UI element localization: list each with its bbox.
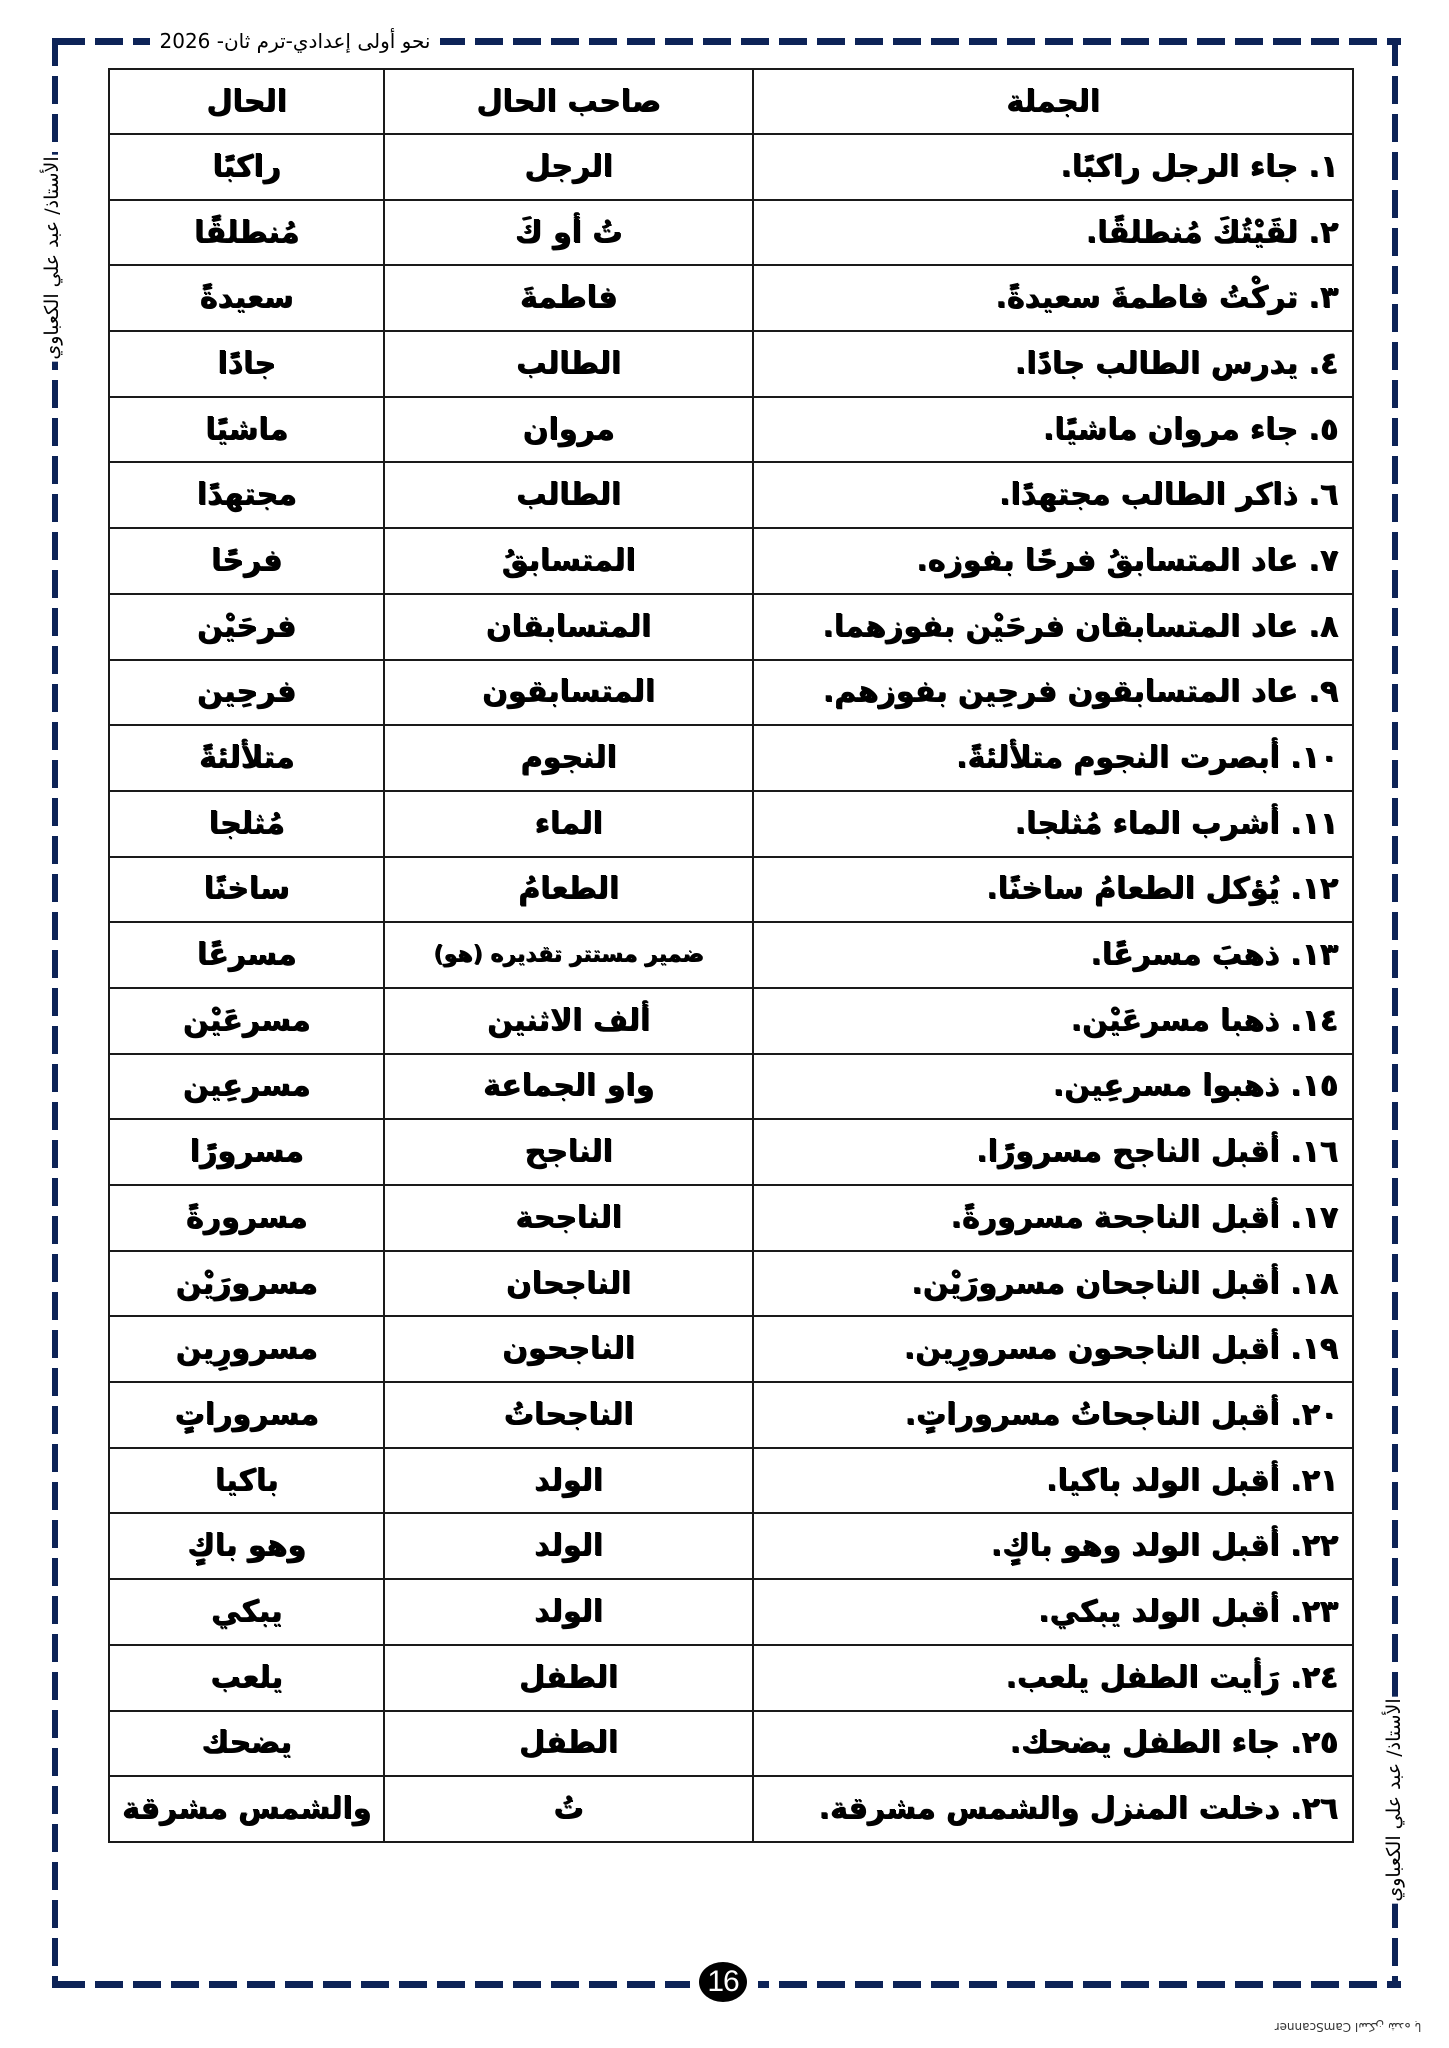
sentence-cell: ٢٥. جاء الطفل يضحك.	[753, 1711, 1353, 1777]
owner-cell: المتسابقُ	[384, 528, 753, 594]
sentence-cell: ٨. عاد المتسابقان فرحَيْن بفوزهما.	[753, 594, 1353, 660]
hal-cell: فرحَيْن	[109, 594, 384, 660]
table-row: ١٩. أقبل الناجحون مسرورِين.الناجحونمسرور…	[109, 1316, 1353, 1382]
sentence-cell: ٣. تركْتُ فاطمةَ سعيدةً.	[753, 265, 1353, 331]
owner-cell: الطفل	[384, 1711, 753, 1777]
owner-cell: الرجل	[384, 134, 753, 200]
hal-cell: متلألئةً	[109, 725, 384, 791]
owner-cell: الولد	[384, 1579, 753, 1645]
table-row: ٢٢. أقبل الولد وهو باكٍ.الولدوهو باكٍ	[109, 1513, 1353, 1579]
column-header-hal: الحال	[109, 69, 384, 134]
author-signature-right: الأستاذ/ عبد علي الكعباوي	[1379, 1696, 1409, 1903]
sentence-cell: ١٦. أقبل الناجح مسرورًا.	[753, 1119, 1353, 1185]
author-signature-left: الأستاذ/ عبد علي الكعباوي	[37, 154, 67, 361]
hal-cell: ساخنًا	[109, 857, 384, 923]
hal-cell: سعيدةً	[109, 265, 384, 331]
table-row: ٢٥. جاء الطفل يضحك.الطفليضحك	[109, 1711, 1353, 1777]
sentence-cell: ١٨. أقبل الناجحان مسرورَيْن.	[753, 1251, 1353, 1317]
table-row: ١٠. أبصرت النجوم متلألئةً.النجوممتلألئةً	[109, 725, 1353, 791]
hal-cell: ماشيًا	[109, 397, 384, 463]
owner-cell: المتسابقان	[384, 594, 753, 660]
owner-cell: ضمير مستتر تقديره (هو)	[384, 922, 753, 988]
sentence-cell: ١٥. ذهبوا مسرعِين.	[753, 1054, 1353, 1120]
table-row: ١٢. يُؤكل الطعامُ ساخنًا.الطعامُساخنًا	[109, 857, 1353, 923]
hal-cell: يلعب	[109, 1645, 384, 1711]
sentence-cell: ٤. يدرس الطالب جادًا.	[753, 331, 1353, 397]
hal-cell: مسرورَيْن	[109, 1251, 384, 1317]
table-row: ١٣. ذهبَ مسرعًا.ضمير مستتر تقديره (هو)مس…	[109, 922, 1353, 988]
hal-cell: جادًا	[109, 331, 384, 397]
hal-cell: مجتهدًا	[109, 462, 384, 528]
sentence-cell: ٥. جاء مروان ماشيًا.	[753, 397, 1353, 463]
hal-cell: مُثلجا	[109, 791, 384, 857]
owner-cell: الناجح	[384, 1119, 753, 1185]
owner-cell: فاطمةَ	[384, 265, 753, 331]
table-row: ٢. لقَيْتُكَ مُنطلقًا.تُ أو كَمُنطلقًا	[109, 200, 1353, 266]
hal-cell: باكيا	[109, 1448, 384, 1514]
owner-cell: تُ	[384, 1776, 753, 1842]
sentence-cell: ١٤. ذهبا مسرعَيْن.	[753, 988, 1353, 1054]
hal-cell: مسروراتٍ	[109, 1382, 384, 1448]
column-header-sentence: الجملة	[753, 69, 1353, 134]
table-row: ٢٣. أقبل الولد يبكي.الولديبكي	[109, 1579, 1353, 1645]
sentence-cell: ٢٠. أقبل الناجحاتُ مسروراتٍ.	[753, 1382, 1353, 1448]
hal-cell: والشمس مشرقة	[109, 1776, 384, 1842]
hal-cell: مسرورِين	[109, 1316, 384, 1382]
table-row: ٢١. أقبل الولد باكيا.الولدباكيا	[109, 1448, 1353, 1514]
sentence-cell: ١٧. أقبل الناجحة مسرورةً.	[753, 1185, 1353, 1251]
hal-cell: مسرورًا	[109, 1119, 384, 1185]
header-title: نحو أولى إعدادي-ترم ثان- 2026	[150, 26, 440, 56]
table-row: ٩. عاد المتسابقون فرحِين بفوزهم.المتسابق…	[109, 660, 1353, 726]
owner-cell: ألف الاثنين	[384, 988, 753, 1054]
hal-cell: فرحِين	[109, 660, 384, 726]
column-header-owner: صاحب الحال	[384, 69, 753, 134]
page-number-badge: 16	[699, 1962, 747, 2002]
table-header-row: الجملة صاحب الحال الحال	[109, 69, 1353, 134]
owner-cell: تُ أو كَ	[384, 200, 753, 266]
hal-cell: وهو باكٍ	[109, 1513, 384, 1579]
table-row: ٨. عاد المتسابقان فرحَيْن بفوزهما.المتسا…	[109, 594, 1353, 660]
owner-cell: النجوم	[384, 725, 753, 791]
owner-cell: المتسابقون	[384, 660, 753, 726]
hal-cell: يبكي	[109, 1579, 384, 1645]
owner-cell: الناجحة	[384, 1185, 753, 1251]
sentence-cell: ١٩. أقبل الناجحون مسرورِين.	[753, 1316, 1353, 1382]
hal-cell: مسرعَيْن	[109, 988, 384, 1054]
hal-cell: راكبًا	[109, 134, 384, 200]
sentence-cell: ١١. أشرب الماء مُثلجا.	[753, 791, 1353, 857]
sentence-cell: ٢١. أقبل الولد باكيا.	[753, 1448, 1353, 1514]
owner-cell: الناجحون	[384, 1316, 753, 1382]
sentence-cell: ١. جاء الرجل راكبًا.	[753, 134, 1353, 200]
sentence-cell: ١٠. أبصرت النجوم متلألئةً.	[753, 725, 1353, 791]
sentence-cell: ٢٤. رَأيت الطفل يلعب.	[753, 1645, 1353, 1711]
sentence-cell: ٢. لقَيْتُكَ مُنطلقًا.	[753, 200, 1353, 266]
table-row: ١٨. أقبل الناجحان مسرورَيْن.الناجحانمسرو…	[109, 1251, 1353, 1317]
sentence-cell: ١٢. يُؤكل الطعامُ ساخنًا.	[753, 857, 1353, 923]
owner-cell: الناجحاتُ	[384, 1382, 753, 1448]
owner-cell: الطالب	[384, 462, 753, 528]
hal-cell: فرحًا	[109, 528, 384, 594]
hal-cell: مسرورةً	[109, 1185, 384, 1251]
sentence-cell: ٢٣. أقبل الولد يبكي.	[753, 1579, 1353, 1645]
table-row: ١٦. أقبل الناجح مسرورًا.الناجحمسرورًا	[109, 1119, 1353, 1185]
table-row: ٥. جاء مروان ماشيًا.مروانماشيًا	[109, 397, 1353, 463]
owner-cell: الولد	[384, 1448, 753, 1514]
sentence-cell: ١٣. ذهبَ مسرعًا.	[753, 922, 1353, 988]
table-row: ٢٠. أقبل الناجحاتُ مسروراتٍ.الناجحاتُمسر…	[109, 1382, 1353, 1448]
hal-cell: مسرعِين	[109, 1054, 384, 1120]
owner-cell: الولد	[384, 1513, 753, 1579]
table-row: ١٤. ذهبا مسرعَيْن.ألف الاثنينمسرعَيْن	[109, 988, 1353, 1054]
table-row: ٤. يدرس الطالب جادًا.الطالبجادًا	[109, 331, 1353, 397]
table-row: ٦. ذاكر الطالب مجتهدًا.الطالبمجتهدًا	[109, 462, 1353, 528]
owner-cell: الناجحان	[384, 1251, 753, 1317]
table-row: ١١. أشرب الماء مُثلجا.الماءمُثلجا	[109, 791, 1353, 857]
owner-cell: الطعامُ	[384, 857, 753, 923]
owner-cell: الماء	[384, 791, 753, 857]
table-row: ١٧. أقبل الناجحة مسرورةً.الناجحةمسرورةً	[109, 1185, 1353, 1251]
hal-table: الجملة صاحب الحال الحال ١. جاء الرجل راك…	[108, 68, 1354, 1843]
owner-cell: الطالب	[384, 331, 753, 397]
table-row: ٧. عاد المتسابقُ فرحًا بفوزه.المتسابقُفر…	[109, 528, 1353, 594]
sentence-cell: ٢٦. دخلت المنزل والشمس مشرقة.	[753, 1776, 1353, 1842]
hal-cell: يضحك	[109, 1711, 384, 1777]
table-row: ٢٤. رَأيت الطفل يلعب.الطفليلعب	[109, 1645, 1353, 1711]
sentence-cell: ٢٢. أقبل الولد وهو باكٍ.	[753, 1513, 1353, 1579]
owner-cell: الطفل	[384, 1645, 753, 1711]
sentence-cell: ٩. عاد المتسابقون فرحِين بفوزهم.	[753, 660, 1353, 726]
owner-cell: مروان	[384, 397, 753, 463]
hal-cell: مُنطلقًا	[109, 200, 384, 266]
owner-cell: واو الجماعة	[384, 1054, 753, 1120]
hal-cell: مسرعًا	[109, 922, 384, 988]
sentence-cell: ٧. عاد المتسابقُ فرحًا بفوزه.	[753, 528, 1353, 594]
table-row: ١. جاء الرجل راكبًا.الرجلراكبًا	[109, 134, 1353, 200]
scanner-watermark: اسکن شده با CamScanner	[1248, 2020, 1448, 2034]
table-row: ٢٦. دخلت المنزل والشمس مشرقة.تُوالشمس مش…	[109, 1776, 1353, 1842]
table-row: ٣. تركْتُ فاطمةَ سعيدةً.فاطمةَسعيدةً	[109, 265, 1353, 331]
sentence-cell: ٦. ذاكر الطالب مجتهدًا.	[753, 462, 1353, 528]
table-row: ١٥. ذهبوا مسرعِين.واو الجماعةمسرعِين	[109, 1054, 1353, 1120]
